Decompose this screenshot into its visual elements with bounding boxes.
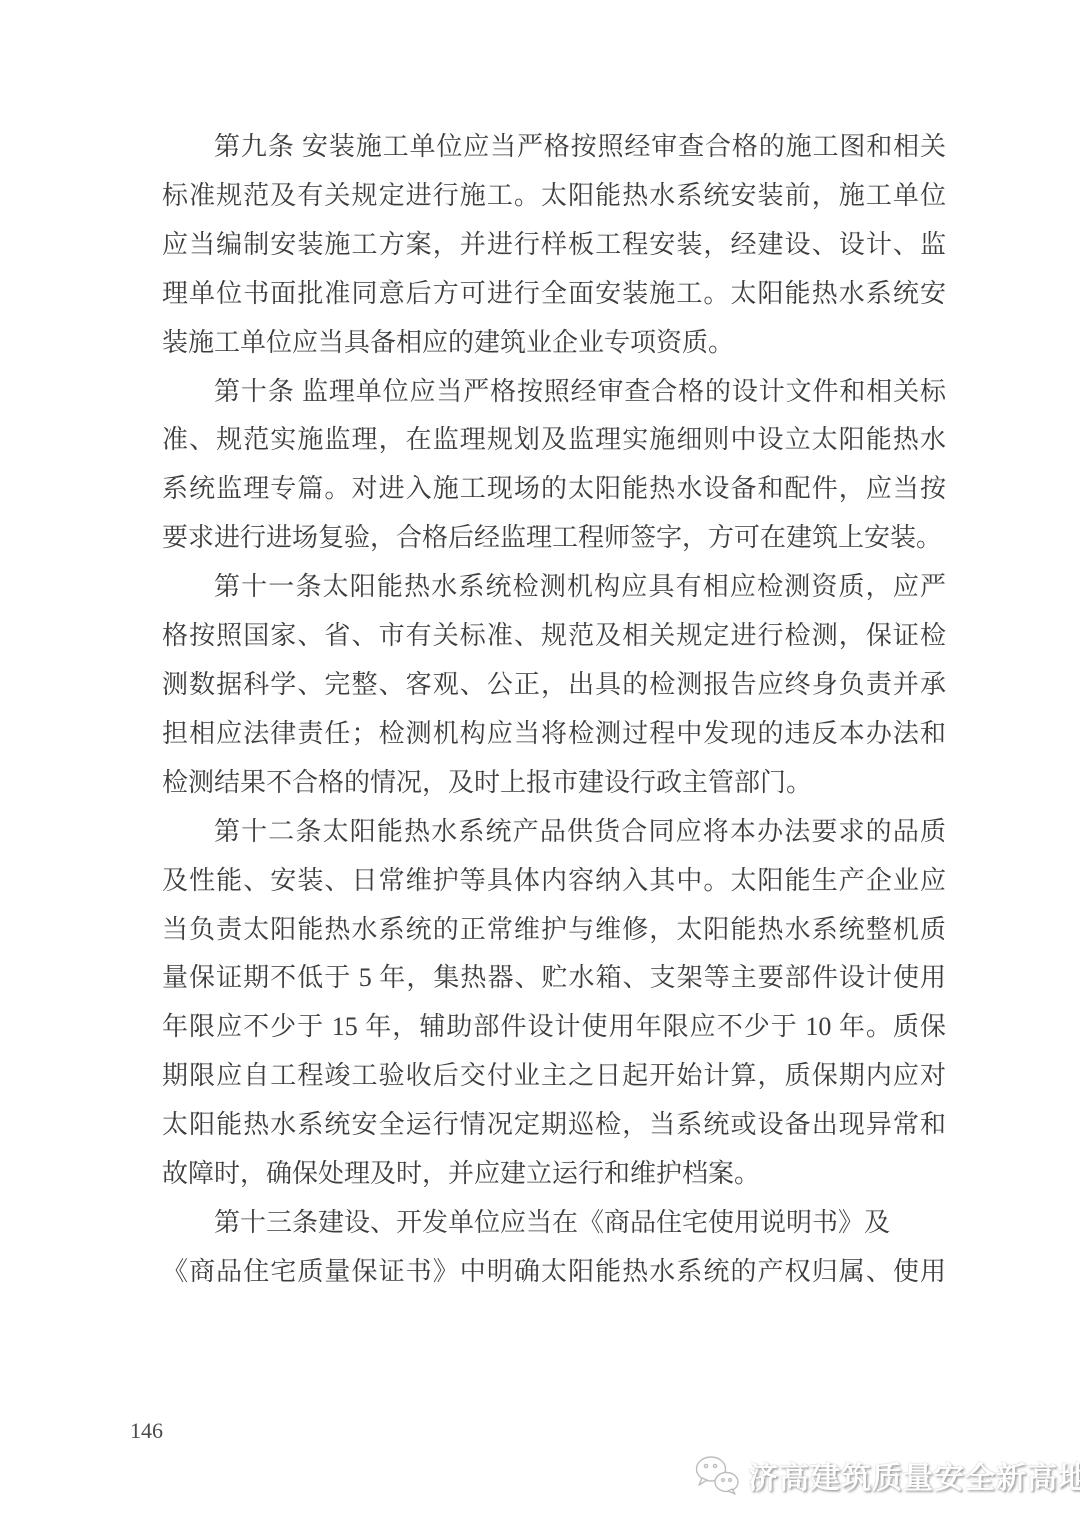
document-line: 第十条 监理单位应当严格按照经审查合格的设计文件和相关标 bbox=[162, 368, 946, 417]
document-line: 担相应法律责任；检测机构应当将检测过程中发现的违反本办法和 bbox=[162, 710, 946, 759]
document-line: 装施工单位应当具备相应的建筑业企业专项资质。 bbox=[162, 319, 946, 368]
document-line: 检测结果不合格的情况，及时上报市建设行政主管部门。 bbox=[162, 759, 946, 808]
document-line: 格按照国家、省、市有关标准、规范及相关规定进行检测，保证检 bbox=[162, 612, 946, 661]
document-line: 第十一条太阳能热水系统检测机构应具有相应检测资质，应严 bbox=[162, 563, 946, 612]
document-line: 及性能、安装、日常维护等具体内容纳入其中。太阳能生产企业应 bbox=[162, 857, 946, 906]
document-text-block: 第九条 安装施工单位应当严格按照经审查合格的施工图和相关 标准规范及有关规定进行… bbox=[162, 123, 946, 1297]
document-line: 《商品住宅质量保证书》中明确太阳能热水系统的产权归属、使用 bbox=[162, 1248, 946, 1297]
document-line: 故障时，确保处理及时，并应建立运行和维护档案。 bbox=[162, 1150, 946, 1199]
document-line: 量保证期不低于 5 年，集热器、贮水箱、支架等主要部件设计使用 bbox=[162, 954, 946, 1003]
document-page: 第九条 安装施工单位应当严格按照经审查合格的施工图和相关 标准规范及有关规定进行… bbox=[0, 0, 1080, 1527]
document-line: 太阳能热水系统安全运行情况定期巡检，当系统或设备出现异常和 bbox=[162, 1101, 946, 1150]
document-line: 应当编制安装施工方案，并进行样板工程安装，经建设、设计、监 bbox=[162, 221, 946, 270]
document-line: 第十二条太阳能热水系统产品供货合同应将本办法要求的品质 bbox=[162, 808, 946, 857]
document-line: 年限应不少于 15 年，辅助部件设计使用年限应不少于 10 年。质保 bbox=[162, 1003, 946, 1052]
document-line: 第十三条建设、开发单位应当在《商品住宅使用说明书》及 bbox=[162, 1199, 946, 1248]
wechat-icon bbox=[694, 1455, 740, 1495]
document-line: 理单位书面批准同意后方可进行全面安装施工。太阳能热水系统安 bbox=[162, 270, 946, 319]
watermark: 济高建筑质量安全新高地 bbox=[694, 1450, 1080, 1500]
document-line: 系统监理专篇。对进入施工现场的太阳能热水设备和配件，应当按 bbox=[162, 465, 946, 514]
document-line: 期限应自工程竣工验收后交付业主之日起开始计算，质保期内应对 bbox=[162, 1052, 946, 1101]
document-line: 第九条 安装施工单位应当严格按照经审查合格的施工图和相关 bbox=[162, 123, 946, 172]
document-line: 当负责太阳能热水系统的正常维护与维修，太阳能热水系统整机质 bbox=[162, 906, 946, 955]
page-number: 146 bbox=[130, 1418, 163, 1444]
document-line: 要求进行进场复验，合格后经监理工程师签字，方可在建筑上安装。 bbox=[162, 514, 946, 563]
document-line: 测数据科学、完整、客观、公正，出具的检测报告应终身负责并承 bbox=[162, 661, 946, 710]
document-line: 标准规范及有关规定进行施工。太阳能热水系统安装前，施工单位 bbox=[162, 172, 946, 221]
watermark-text: 济高建筑质量安全新高地 bbox=[748, 1453, 1080, 1497]
document-line: 准、规范实施监理，在监理规划及监理实施细则中设立太阳能热水 bbox=[162, 416, 946, 465]
